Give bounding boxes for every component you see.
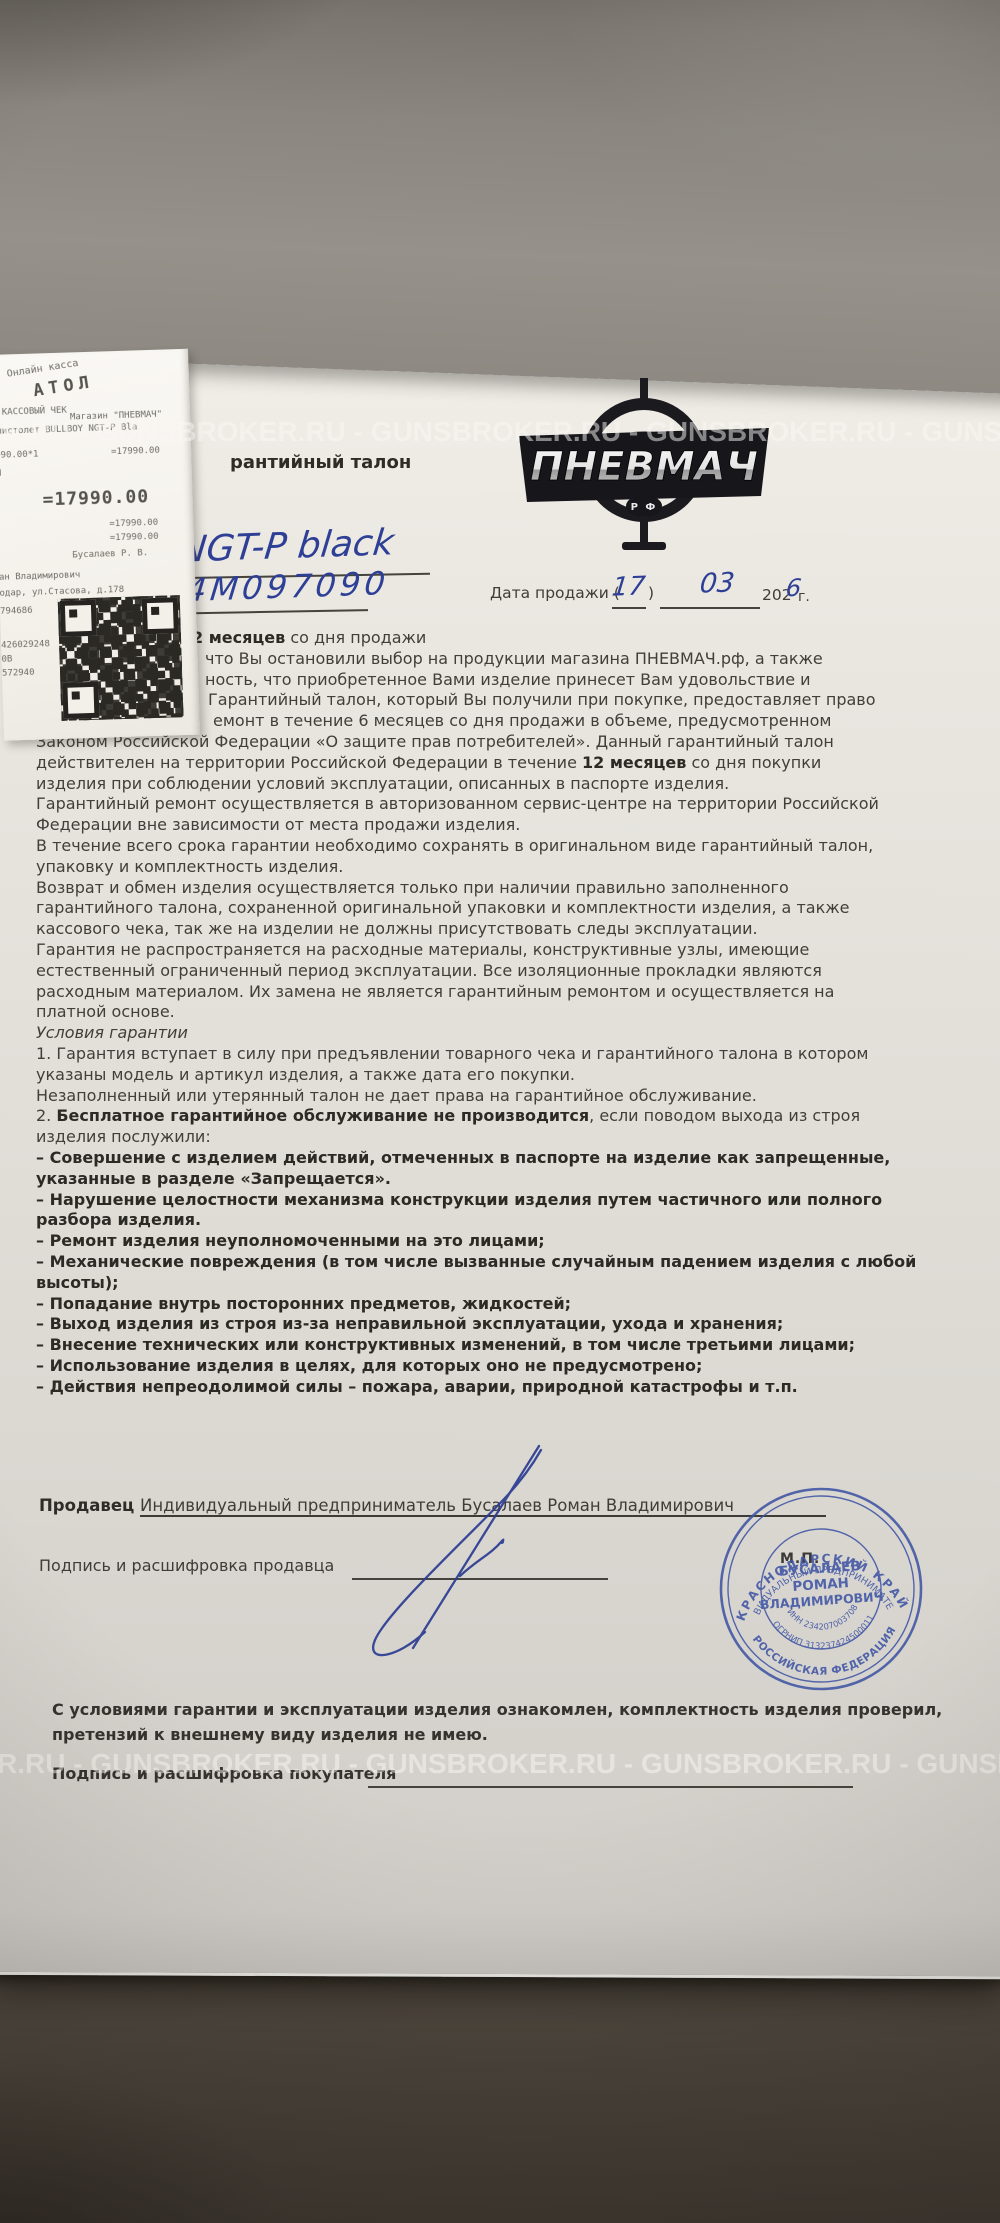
text-run: Незаполненный или утерянный талон не дае… bbox=[36, 1086, 757, 1105]
body-text-line: – Попадание внутрь посторонних предметов… bbox=[36, 1294, 571, 1313]
body-text-line: Возврат и обмен изделия осуществляется т… bbox=[36, 878, 789, 897]
body-text-line: Условия гарантии bbox=[36, 1023, 188, 1042]
text-run: Возврат и обмен изделия осуществляется т… bbox=[36, 878, 789, 897]
receipt-text-line: Бусалаев Р. В. bbox=[72, 548, 148, 560]
text-run: – Выход изделия из строя из-за неправиль… bbox=[36, 1314, 783, 1333]
receipt-text-line: =17990.00 bbox=[109, 518, 158, 530]
logo-rf-text: Р Ф bbox=[631, 502, 658, 513]
text-run: со дня продажи bbox=[285, 628, 426, 647]
receipt-text-line: Я bbox=[0, 469, 1, 479]
text-run: указанные в разделе «Запрещается». bbox=[36, 1169, 391, 1188]
text-run: со дня покупки bbox=[686, 753, 821, 772]
watermark-row-top: GUNSBROKER.RU - GUNSBROKER.RU - GUNSBROK… bbox=[0, 416, 1000, 448]
printed-document-layer: рантийный талон вара Дата продажи ( ) 20… bbox=[0, 0, 1000, 2223]
signature-stroke-loop bbox=[373, 1450, 541, 1655]
pnevmach-logo: ПНЕВМАЧ Р Ф bbox=[515, 378, 773, 556]
receipt-text-line: АТОЛ bbox=[32, 372, 95, 401]
text-run: – Действия непреодолимой силы – пожара, … bbox=[36, 1377, 798, 1396]
seller-round-stamp: КРАСНОДАРСКИЙ КРАЙ ✳ РОССИЙСКАЯ ФЕДЕРАЦИ… bbox=[709, 1477, 933, 1701]
text-run: ность, что приобретенное Вами изделие пр… bbox=[205, 670, 811, 689]
stamp-ogrnip-text: ОГРНИП 313237424500011 bbox=[770, 1613, 879, 1656]
handwritten-date-year-digit: 6 bbox=[784, 574, 802, 603]
body-text-line: – Нарушение целостности механизма констр… bbox=[36, 1190, 882, 1209]
body-text-line: гарантийного талона, сохраненной оригина… bbox=[36, 898, 850, 917]
text-run: действителен на территории Российской Фе… bbox=[36, 753, 582, 772]
text-run: разбора изделия. bbox=[36, 1210, 201, 1229]
text-run: кассового чека, так же на изделии не дол… bbox=[36, 919, 758, 938]
body-text-line: Гарантия не распространяется на расходны… bbox=[36, 940, 809, 959]
receipt-text-line: 794686 bbox=[0, 606, 33, 617]
text-run: – Попадание внутрь посторонних предметов… bbox=[36, 1294, 571, 1313]
handwritten-date-day: 17 bbox=[610, 571, 646, 602]
receipt-text-line: 572940 bbox=[2, 668, 35, 679]
text-run: естественный ограниченный период эксплуа… bbox=[36, 961, 822, 980]
receipt-text-line: 0В bbox=[1, 654, 12, 664]
text-run: Гарантия не распространяется на расходны… bbox=[36, 940, 809, 959]
text-run: расходным материалом. Их замена не являе… bbox=[36, 982, 834, 1001]
buyer-ack-line2: претензий к внешнему виду изделия не име… bbox=[52, 1725, 488, 1744]
svg-text:ОГРНИП 313237424500011: ОГРНИП 313237424500011 bbox=[770, 1613, 879, 1656]
cash-register-receipt: Онлайн кассаАТОЛКАССОВЫЙ ЧЕКМагазин "ПНЕ… bbox=[0, 349, 200, 741]
paren-close: ) bbox=[648, 584, 654, 602]
text-run: высоты); bbox=[36, 1273, 119, 1292]
body-text-line: изделия при соблюдении условий эксплуата… bbox=[36, 774, 729, 793]
handwritten-date-month: 03 bbox=[698, 567, 736, 599]
receipt-text-line: ан Владимирович bbox=[0, 570, 80, 583]
body-text-line: изделия послужили: bbox=[36, 1127, 211, 1146]
text-run: Гарантийный талон, который Вы получили п… bbox=[208, 690, 876, 709]
body-text-line: расходным материалом. Их замена не являе… bbox=[36, 982, 834, 1001]
body-text-line: Незаполненный или утерянный талон не дае… bbox=[36, 1086, 757, 1105]
photo-of-warranty-card: ПНЕВМАЧ Р Ф рантийный талон вара Дата пр… bbox=[0, 0, 1000, 2223]
receipt-qr-code bbox=[58, 595, 184, 721]
text-run: изделия послужили: bbox=[36, 1127, 211, 1146]
text-run: – Совершение с изделием действий, отмече… bbox=[36, 1148, 890, 1167]
warranty-title-fragment: рантийный талон bbox=[230, 452, 411, 473]
text-run: гарантийного талона, сохраненной оригина… bbox=[36, 898, 850, 917]
body-text-line: Гарантийный талон, который Вы получили п… bbox=[208, 690, 876, 709]
crosshair-bottom-stem bbox=[640, 516, 648, 546]
body-text-line: указанные в разделе «Запрещается». bbox=[36, 1169, 391, 1188]
text-run: – Использование изделия в целях, для кот… bbox=[36, 1356, 702, 1375]
body-text-line: – Использование изделия в целях, для кот… bbox=[36, 1356, 702, 1375]
body-text-line: высоты); bbox=[36, 1273, 119, 1292]
body-text-line: Гарантийный ремонт осуществляется в авто… bbox=[36, 794, 879, 813]
text-run: 1. Гарантия вступает в силу при предъявл… bbox=[36, 1044, 868, 1063]
body-text-line: – Выход изделия из строя из-за неправиль… bbox=[36, 1314, 783, 1333]
watermark-row-bottom: GUNSBROKER.RU - GUNSBROKER.RU - GUNSBROK… bbox=[0, 1748, 1000, 1780]
receipt-text-line: 990.00*1 bbox=[0, 450, 39, 461]
body-text-line: что Вы остановили выбор на продукции маг… bbox=[205, 649, 823, 668]
qr-finder-top-right bbox=[142, 597, 179, 634]
seller-signature-label: Подпись и расшифровка продавца bbox=[39, 1556, 334, 1575]
receipt-text-line: =17990.00 bbox=[42, 486, 149, 510]
text-run: указаны модель и артикул изделия, а такж… bbox=[36, 1065, 575, 1084]
body-text-line: В течение всего срока гарантии необходим… bbox=[36, 836, 873, 855]
body-text-line: 2 месяцев со дня продажи bbox=[192, 628, 426, 647]
text-run: Федерации вне зависимости от места прода… bbox=[36, 815, 520, 834]
body-text-line: ность, что приобретенное Вами изделие пр… bbox=[205, 670, 811, 689]
text-run: 2. bbox=[36, 1106, 56, 1125]
text-run: – Ремонт изделия неуполномоченными на эт… bbox=[36, 1231, 545, 1250]
body-text-line: 2. Бесплатное гарантийное обслуживание н… bbox=[36, 1106, 860, 1125]
text-run: что Вы остановили выбор на продукции маг… bbox=[205, 649, 823, 668]
text-run: платной основе. bbox=[36, 1002, 175, 1021]
date-of-sale-label: Дата продажи ( bbox=[490, 584, 620, 602]
body-text-line: действителен на территории Российской Фе… bbox=[36, 753, 821, 772]
body-text-line: Федерации вне зависимости от места прода… bbox=[36, 815, 520, 834]
text-run: , если поводом выхода из строя bbox=[589, 1106, 860, 1125]
date-day-underline bbox=[612, 607, 646, 609]
body-text-line: – Механические повреждения (в том числе … bbox=[36, 1252, 916, 1271]
qr-finder-bottom-left bbox=[62, 682, 99, 719]
text-run: емонт в течение 6 месяцев со дня продажи… bbox=[213, 711, 831, 730]
signature-stroke-line bbox=[413, 1446, 539, 1648]
body-text-line: кассового чека, так же на изделии не дол… bbox=[36, 919, 758, 938]
body-text-line: платной основе. bbox=[36, 1002, 175, 1021]
qr-finder-top-left bbox=[60, 600, 97, 637]
body-text-line: указаны модель и артикул изделия, а такж… bbox=[36, 1065, 575, 1084]
body-text-line: разбора изделия. bbox=[36, 1210, 201, 1229]
text-run: – Механические повреждения (в том числе … bbox=[36, 1252, 916, 1271]
text-run: упаковку и комплектность изделия. bbox=[36, 857, 343, 876]
buyer-signature-line bbox=[368, 1786, 853, 1788]
body-text-line: емонт в течение 6 месяцев со дня продажи… bbox=[213, 711, 831, 730]
text-run: Условия гарантии bbox=[36, 1023, 188, 1042]
text-run: – Внесение технических или конструктивны… bbox=[36, 1335, 855, 1354]
text-run: Бесплатное гарантийное обслуживание не п… bbox=[56, 1106, 589, 1125]
body-text-line: 1. Гарантия вступает в силу при предъявл… bbox=[36, 1044, 868, 1063]
crosshair-bottom-bar bbox=[622, 542, 666, 550]
date-month-underline bbox=[660, 607, 760, 609]
body-text-line: – Внесение технических или конструктивны… bbox=[36, 1335, 855, 1354]
signature-stroke-squiggle bbox=[460, 1540, 503, 1576]
body-text-line: упаковку и комплектность изделия. bbox=[36, 857, 343, 876]
receipt-text-line: =17990.00 bbox=[110, 532, 159, 544]
body-text-line: – Ремонт изделия неуполномоченными на эт… bbox=[36, 1231, 545, 1250]
body-text-line: – Действия непреодолимой силы – пожара, … bbox=[36, 1377, 798, 1396]
seller-label: Продавец bbox=[39, 1496, 140, 1515]
text-run: – Нарушение целостности механизма констр… bbox=[36, 1190, 882, 1209]
handwritten-product-model: NGT-P black bbox=[177, 522, 396, 570]
text-run: Гарантийный ремонт осуществляется в авто… bbox=[36, 794, 879, 813]
text-run: 12 месяцев bbox=[582, 753, 686, 772]
seller-signature bbox=[325, 1436, 595, 1676]
receipt-text-line: 426029248 bbox=[1, 639, 50, 651]
text-run: 2 месяцев bbox=[192, 628, 285, 647]
body-text-line: естественный ограниченный период эксплуа… bbox=[36, 961, 822, 980]
buyer-ack-line1: С условиями гарантии и эксплуатации изде… bbox=[52, 1700, 942, 1719]
text-run: изделия при соблюдении условий эксплуата… bbox=[36, 774, 729, 793]
logo-brand-text: ПНЕВМАЧ bbox=[530, 444, 758, 490]
body-text-line: – Совершение с изделием действий, отмече… bbox=[36, 1148, 890, 1167]
text-run: В течение всего срока гарантии необходим… bbox=[36, 836, 873, 855]
